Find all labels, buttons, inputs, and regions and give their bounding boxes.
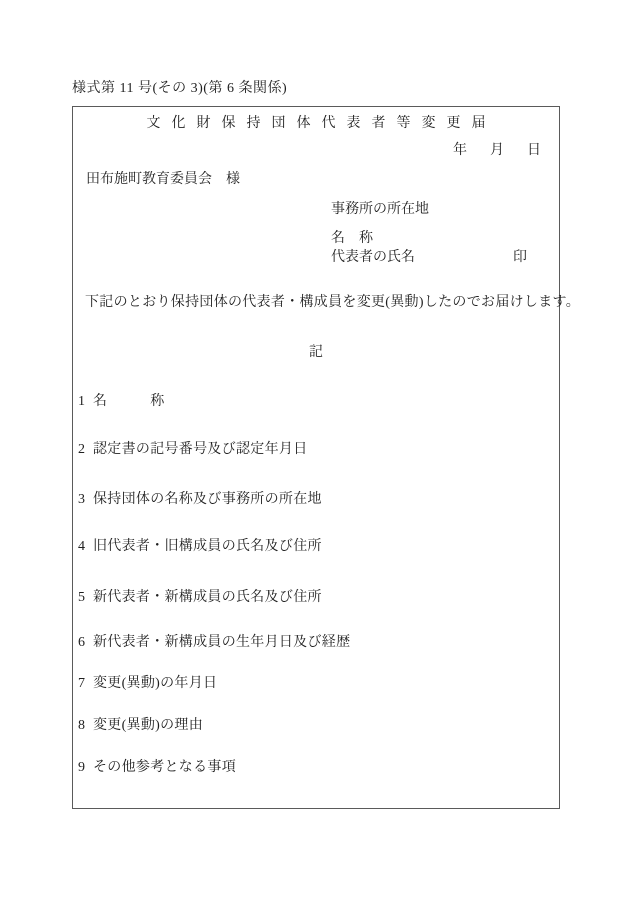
- item-label: 認定書の記号番号及び認定年月日: [93, 443, 308, 457]
- list-item: 3 保持団体の名称及び事務所の所在地: [78, 493, 322, 507]
- item-number: 6: [78, 636, 93, 650]
- item-number: 4: [78, 540, 93, 554]
- item-label: 新代表者・新構成員の氏名及び住所: [93, 591, 322, 605]
- list-item: 5 新代表者・新構成員の氏名及び住所: [78, 591, 322, 605]
- item-label: 変更(異動)の理由: [93, 719, 203, 733]
- form-page: 様式第 11 号(その 3)(第 6 条関係) 文化財保持団体代表者等変更届 年…: [0, 0, 630, 915]
- representative-name-label: 代表者の氏名: [331, 251, 415, 265]
- item-label: 名 称: [93, 395, 165, 409]
- section-marker: 記: [73, 346, 559, 360]
- item-label: その他参考となる事項: [93, 761, 236, 775]
- list-item: 1 名 称: [78, 395, 165, 409]
- date-month-label: 月: [490, 144, 504, 158]
- list-item: 7 変更(異動)の年月日: [78, 677, 217, 691]
- item-number: 1: [78, 395, 93, 409]
- list-item: 8 変更(異動)の理由: [78, 719, 203, 733]
- item-label: 変更(異動)の年月日: [93, 677, 217, 691]
- form-number: 様式第 11 号(その 3)(第 6 条関係): [72, 82, 287, 96]
- item-number: 5: [78, 591, 93, 605]
- date-year-label: 年: [453, 144, 467, 158]
- item-number: 7: [78, 677, 93, 691]
- date-line: 年 月 日: [453, 144, 541, 158]
- item-label: 新代表者・新構成員の生年月日及び経歴: [93, 636, 350, 650]
- date-day-label: 日: [527, 144, 541, 158]
- list-item: 4 旧代表者・旧構成員の氏名及び住所: [78, 540, 322, 554]
- item-label: 保持団体の名称及び事務所の所在地: [93, 493, 322, 507]
- item-label: 旧代表者・旧構成員の氏名及び住所: [93, 540, 322, 554]
- item-number: 8: [78, 719, 93, 733]
- document-title: 文化財保持団体代表者等変更届: [73, 117, 559, 131]
- addressee: 田布施町教育委員会 様: [86, 173, 240, 187]
- seal-label: 印: [513, 251, 527, 265]
- item-number: 3: [78, 493, 93, 507]
- organization-name-label: 名 称: [331, 232, 373, 246]
- office-address-label: 事務所の所在地: [331, 203, 429, 217]
- list-item: 6 新代表者・新構成員の生年月日及び経歴: [78, 636, 350, 650]
- body-text: 下記のとおり保持団体の代表者・構成員を変更(異動)したのでお届けします。: [85, 295, 555, 311]
- form-border-frame: 文化財保持団体代表者等変更届 年 月 日 田布施町教育委員会 様 事務所の所在地…: [72, 106, 560, 809]
- item-number: 2: [78, 443, 93, 457]
- list-item: 2 認定書の記号番号及び認定年月日: [78, 443, 308, 457]
- list-item: 9 その他参考となる事項: [78, 761, 236, 775]
- item-number: 9: [78, 761, 93, 775]
